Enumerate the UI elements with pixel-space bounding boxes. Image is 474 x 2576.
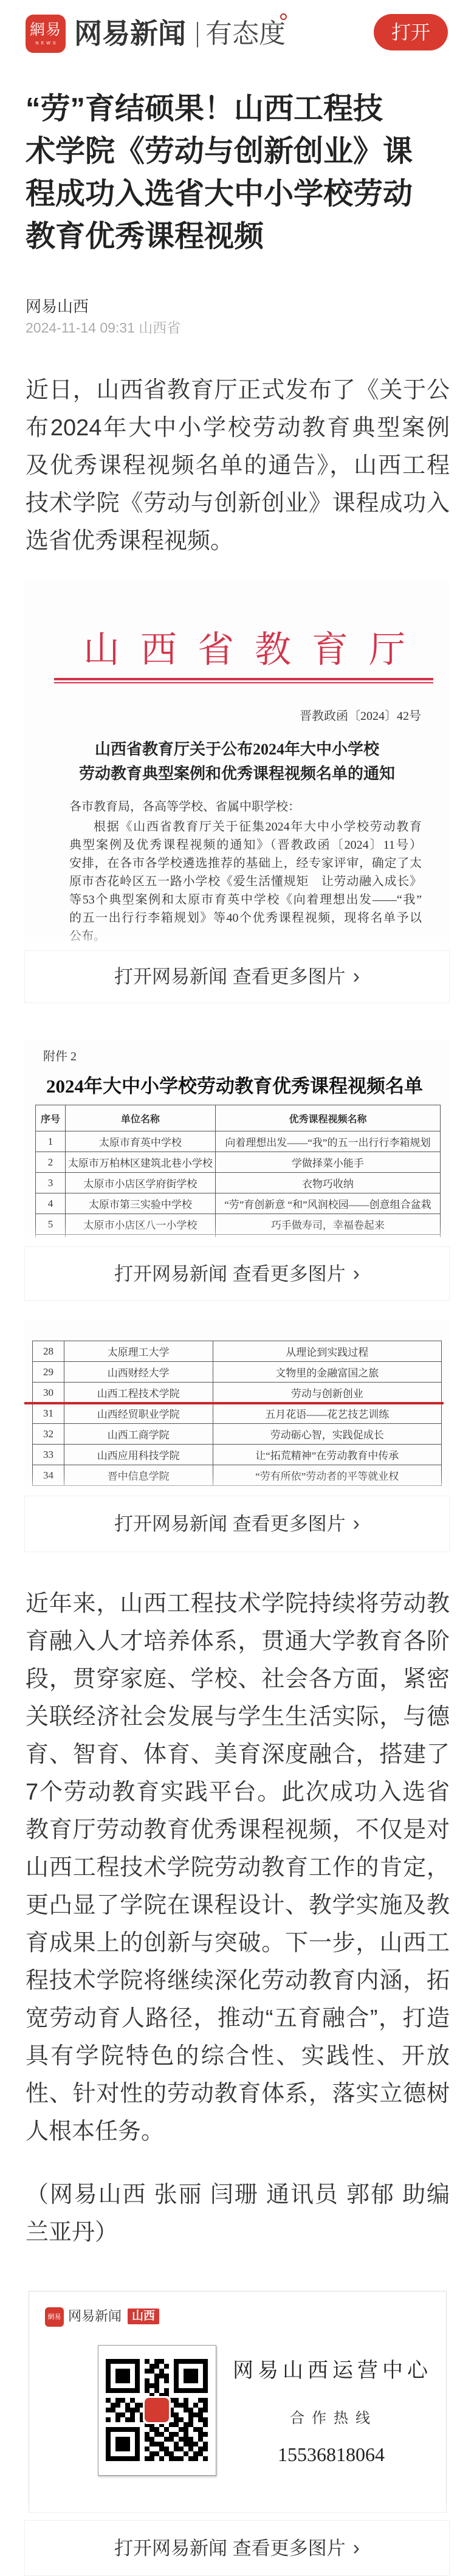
image-contact-card[interactable]: 網易 网易新闻 山西 xyxy=(24,2274,450,2576)
doc-letterhead: 山西省教育厅 xyxy=(83,628,426,672)
doc-body-line: 安排，在各市各学校遴选推荐的基础上，经专家评审，确定了太 xyxy=(69,854,422,872)
cell-unit: 太原理工大学 xyxy=(64,1341,213,1362)
cell-video: 劳动与创新创业 xyxy=(213,1383,442,1403)
qr-code-icon xyxy=(106,2359,208,2461)
brand-divider xyxy=(197,22,198,47)
chevron-right-icon: › xyxy=(353,1262,360,1285)
chevron-right-icon: › xyxy=(353,2536,360,2560)
cell-unit: 太原市第三实验中学校 xyxy=(65,1193,215,1214)
paragraph-line: 育成果上的创新与突破。下一步，山西工 xyxy=(26,1924,450,1962)
paragraph-line: 近年来，山西工程技术学院持续将劳动教 xyxy=(26,1585,450,1623)
image-video-list-top[interactable]: 附件 2 2024年大中小学校劳动教育优秀课程视频名单 序号 单位名称 优秀课程… xyxy=(24,1041,450,1301)
doc-red-rule-thin xyxy=(54,682,433,683)
doc-body-line: 原市杏花岭区五一路小学校《爱生活懂规矩 让劳动融入成长》 xyxy=(69,872,422,891)
cell-no: 28 xyxy=(33,1341,64,1362)
hotline-label: 合作热线 xyxy=(290,2409,377,2428)
more-images-label: 打开网易新闻 查看更多图片 xyxy=(114,966,346,987)
attachment-label: 附件 2 xyxy=(43,1048,77,1065)
more-images-button[interactable]: 打开网易新闻 查看更多图片› xyxy=(24,950,450,1003)
paragraph-line: 兰亚丹） xyxy=(26,2214,450,2251)
doc-body-line: 的五一出行行李箱规划》等40个优秀课程视频，现将名单予以 xyxy=(69,909,422,927)
doc-title: 山西省教育厅关于公布2024年大中小学校 劳动教育典型案例和优秀课程视频名单的通… xyxy=(24,737,450,786)
cell-unit: 山西工商学院 xyxy=(64,1424,213,1445)
cell-unit: 山西工程技术学院 xyxy=(64,1383,213,1403)
brand-name: 网易新闻 xyxy=(74,16,186,50)
highlight-underline xyxy=(24,1402,444,1404)
publish-time: 2024-11-14 09:31 xyxy=(26,320,135,336)
cell-unit: 山西财经大学 xyxy=(64,1362,213,1383)
cell-unit: 山西经贸职业学院 xyxy=(64,1403,213,1424)
more-images-button[interactable]: 打开网易新闻 查看更多图片› xyxy=(24,1246,450,1301)
list-table: 28 太原理工大学 从理论到实践过程 29 山西财经大学 文物里的金融富国之旅 … xyxy=(32,1341,442,1486)
cell-video: 从理论到实践过程 xyxy=(213,1341,442,1362)
list-table-viewport: 序号 单位名称 优秀课程视频名称 1 太原市育英中学校 向着理想出发——“我”的… xyxy=(35,1105,441,1237)
doc-salutation: 各市教育局，各高等学校、省属中职学校： xyxy=(69,798,300,816)
author-name[interactable]: 网易山西 xyxy=(26,297,89,316)
title-line: 术学院《劳动与创新创业》课 xyxy=(26,130,451,173)
cell-empty xyxy=(36,1235,66,1238)
cell-unit: 太原市万柏林区建筑北巷小学校 xyxy=(65,1152,215,1173)
cell-empty xyxy=(65,1235,215,1238)
netease-news-logo-icon: 網易 NEWS xyxy=(26,15,66,53)
publish-location: 山西省 xyxy=(139,320,180,336)
paragraph-line: 程技术学院将继续深化劳动教育内涵，拓 xyxy=(26,1962,450,2000)
doc-body: 根据《山西省教育厅关于征集2024年大中小学校劳动教育 典型案例及优秀课程视频的… xyxy=(69,818,422,945)
column-header: 序号 xyxy=(36,1105,66,1131)
title-line: “劳”育结硕果！山西工程技 xyxy=(26,88,451,130)
doc-body-line: 根据《山西省教育厅关于征集2024年大中小学校劳动教育 xyxy=(94,818,422,836)
cell-no: 3 xyxy=(36,1173,66,1193)
list-table: 序号 单位名称 优秀课程视频名称 1 太原市育英中学校 向着理想出发——“我”的… xyxy=(35,1105,441,1237)
doc-title-line: 劳动教育典型案例和优秀课程视频名单的通知 xyxy=(24,762,450,786)
paragraph-line: 关联经济社会发展与学生生活实际，与德 xyxy=(26,1698,450,1736)
cell-unit: 太原市小店区学府街学校 xyxy=(65,1173,215,1193)
cell-no: 2 xyxy=(36,1152,66,1173)
paragraph-line: 更凸显了学院在课程设计、教学实施及教 xyxy=(26,1887,450,1924)
contact-brand: 网易新闻 xyxy=(68,2308,122,2325)
paragraph-line: 教育厅劳动教育优秀课程视频，不仅是对 xyxy=(26,1811,450,1849)
cell-empty xyxy=(215,1235,440,1238)
table-row: 32 山西工商学院 劳动砺心智，实践促成长 xyxy=(33,1424,442,1445)
table-row: 28 太原理工大学 从理论到实践过程 xyxy=(33,1341,442,1362)
list-title: 2024年大中小学校劳动教育优秀课程视频名单 xyxy=(46,1074,423,1099)
paragraph-line: 及优秀课程视频名单的通告》，山西工程 xyxy=(26,447,450,485)
table-row-highlighted: 30 山西工程技术学院 劳动与创新创业 xyxy=(33,1383,442,1403)
article-paragraph: 近年来，山西工程技术学院持续将劳动教 育融入人才培养体系，贯通大学教育各阶 段，… xyxy=(26,1585,450,2150)
cell-video: “劳”育创新意 “和”风润校园——创意组合盆栽 xyxy=(215,1193,440,1214)
cell-unit: 晋中信息学院 xyxy=(64,1465,213,1486)
table-row: 33 山西应用科技学院 让“拓荒精神”在劳动教育中传承 xyxy=(33,1445,442,1465)
cell-unit: 山西应用科技学院 xyxy=(64,1445,213,1465)
cell-video: 文物里的金融富国之旅 xyxy=(213,1362,442,1383)
table-row-partial xyxy=(36,1235,441,1238)
paragraph-line: 具有学院特色的综合性、实践性、开放 xyxy=(26,2037,450,2075)
column-header: 优秀课程视频名称 xyxy=(215,1105,440,1131)
cell-no: 30 xyxy=(33,1383,64,1403)
region-badge: 山西 xyxy=(128,2308,159,2324)
title-line: 程成功入选省大中小学校劳动 xyxy=(26,173,451,215)
paragraph-line: 育、智育、体育、美育深度融合，搭建了 xyxy=(26,1736,450,1773)
more-images-label: 打开网易新闻 查看更多图片 xyxy=(114,1263,346,1285)
paragraph-line: 布2024年大中小学校劳动教育典型案例 xyxy=(26,409,450,447)
table-row: 3 太原市小店区学府街学校 衣物巧收纳 xyxy=(36,1173,441,1193)
article-credits: （网易山西 张丽 闫珊 通讯员 郭郁 助编 兰亚丹） xyxy=(26,2176,450,2251)
cell-unit: 太原市小店区八一小学校 xyxy=(65,1214,215,1235)
table-row: 5 太原市小店区八一小学校 巧手做寿司，幸福卷起来 xyxy=(36,1214,441,1235)
cell-no: 4 xyxy=(36,1193,66,1214)
chevron-right-icon: › xyxy=(353,1512,360,1535)
open-app-button[interactable]: 打开 xyxy=(374,14,448,50)
cell-no: 29 xyxy=(33,1362,64,1383)
more-images-button[interactable]: 打开网易新闻 查看更多图片› xyxy=(24,2520,450,2576)
cell-unit: 太原市育英中学校 xyxy=(65,1131,215,1152)
doc-body-line: 典型案例及优秀课程视频的通知》（晋教政函〔2024〕11号） xyxy=(69,836,422,854)
brand-slogan: 有态度 xyxy=(205,17,286,51)
title-line: 教育优秀课程视频 xyxy=(26,215,451,258)
paragraph-line: 技术学院《劳动与创新创业》课程成功入 xyxy=(26,485,450,522)
column-header: 单位名称 xyxy=(65,1105,215,1131)
doc-body-line: 公布。 xyxy=(69,927,422,945)
cell-video: 让“拓荒精神”在劳动教育中传承 xyxy=(213,1445,442,1465)
table-row: 34 晋中信息学院 “劳有所依”劳动者的平等就业权 xyxy=(33,1465,442,1486)
cell-video: “劳有所依”劳动者的平等就业权 xyxy=(213,1465,442,1486)
paragraph-line: 宽劳动育人路径，推动“五育融合”，打造 xyxy=(26,2000,450,2037)
paragraph-line: （网易山西 张丽 闫珊 通讯员 郭郁 助编 xyxy=(26,2176,450,2214)
image-notice-document[interactable]: 山西省教育厅 晋教政函〔2024〕42号 山西省教育厅关于公布2024年大中小学… xyxy=(24,581,450,1003)
paragraph-line: 7个劳动教育实践平台。此次成功入选省 xyxy=(26,1773,450,1811)
more-images-button[interactable]: 打开网易新闻 查看更多图片› xyxy=(24,1496,450,1552)
article-paragraph: 近日，山西省教育厅正式发布了《关于公 布2024年大中小学校劳动教育典型案例 及… xyxy=(26,371,450,560)
table-row: 29 山西财经大学 文物里的金融富国之旅 xyxy=(33,1362,442,1383)
article-meta: 2024-11-14 09:31 山西省 xyxy=(26,319,180,336)
more-images-label: 打开网易新闻 查看更多图片 xyxy=(114,2538,346,2559)
paragraph-line: 性、针对性的劳动教育体系，落实立德树 xyxy=(26,2075,450,2113)
chevron-right-icon: › xyxy=(353,965,360,988)
paragraph-line: 育融入人才培养体系，贯通大学教育各阶 xyxy=(26,1623,450,1660)
degree-mark-icon xyxy=(280,13,287,20)
top-bar: 網易 NEWS 网易新闻 有态度 打开 xyxy=(0,0,474,67)
table-header-row: 序号 单位名称 优秀课程视频名称 xyxy=(36,1105,441,1131)
more-images-label: 打开网易新闻 查看更多图片 xyxy=(114,1513,346,1535)
paragraph-line: 段，贯穿家庭、学校、社会各方面，紧密 xyxy=(26,1660,450,1698)
cell-no: 1 xyxy=(36,1131,66,1152)
cell-video: 衣物巧收纳 xyxy=(215,1173,440,1193)
cell-no: 5 xyxy=(36,1214,66,1235)
doc-title-line: 山西省教育厅关于公布2024年大中小学校 xyxy=(24,737,450,762)
cell-video: 巧手做寿司，幸福卷起来 xyxy=(215,1214,440,1235)
image-video-list-highlight[interactable]: 28 太原理工大学 从理论到实践过程 29 山西财经大学 文物里的金融富国之旅 … xyxy=(24,1321,450,1552)
cell-no: 34 xyxy=(33,1465,64,1486)
article-title: “劳”育结硕果！山西工程技 术学院《劳动与创新创业》课 程成功入选省大中小学校劳… xyxy=(26,88,451,258)
paragraph-line: 山西工程技术学院劳动教育工作的肯定， xyxy=(26,1849,450,1887)
cell-video: 向着理想出发——“我”的五一出行行李箱规划 xyxy=(215,1131,440,1152)
table-row: 1 太原市育英中学校 向着理想出发——“我”的五一出行行李箱规划 xyxy=(36,1131,441,1152)
table-row: 2 太原市万柏林区建筑北巷小学校 学做择菜小能手 xyxy=(36,1152,441,1173)
logo-subtext: NEWS xyxy=(26,41,66,47)
logo-text: 網易 xyxy=(26,21,66,39)
paragraph-line: 人根本任务。 xyxy=(26,2113,450,2150)
doc-number: 晋教政函〔2024〕42号 xyxy=(300,707,421,725)
paragraph-line: 选省优秀课程视频。 xyxy=(26,522,450,560)
doc-body-line: 等53个典型案例和太原市育英中学校《向着理想出发——“我” xyxy=(69,891,422,909)
hotline-phone: 15536818064 xyxy=(278,2443,385,2465)
netease-logo-icon: 網易 xyxy=(45,2307,64,2327)
table-row: 31 山西经贸职业学院 五月花语——花艺技艺训练 xyxy=(33,1403,442,1424)
contact-organization: 网易山西运营中心 xyxy=(233,2359,432,2383)
cell-video: 学做择菜小能手 xyxy=(215,1152,440,1173)
cell-video: 五月花语——花艺技艺训练 xyxy=(213,1403,442,1424)
table-row: 4 太原市第三实验中学校 “劳”育创新意 “和”风润校园——创意组合盆栽 xyxy=(36,1193,441,1214)
cell-no: 32 xyxy=(33,1424,64,1445)
doc-red-rule xyxy=(54,678,433,680)
cell-video: 劳动砺心智，实践促成长 xyxy=(213,1424,442,1445)
cell-no: 31 xyxy=(33,1403,64,1424)
paragraph-line: 近日，山西省教育厅正式发布了《关于公 xyxy=(26,371,450,409)
cell-no: 33 xyxy=(33,1445,64,1465)
